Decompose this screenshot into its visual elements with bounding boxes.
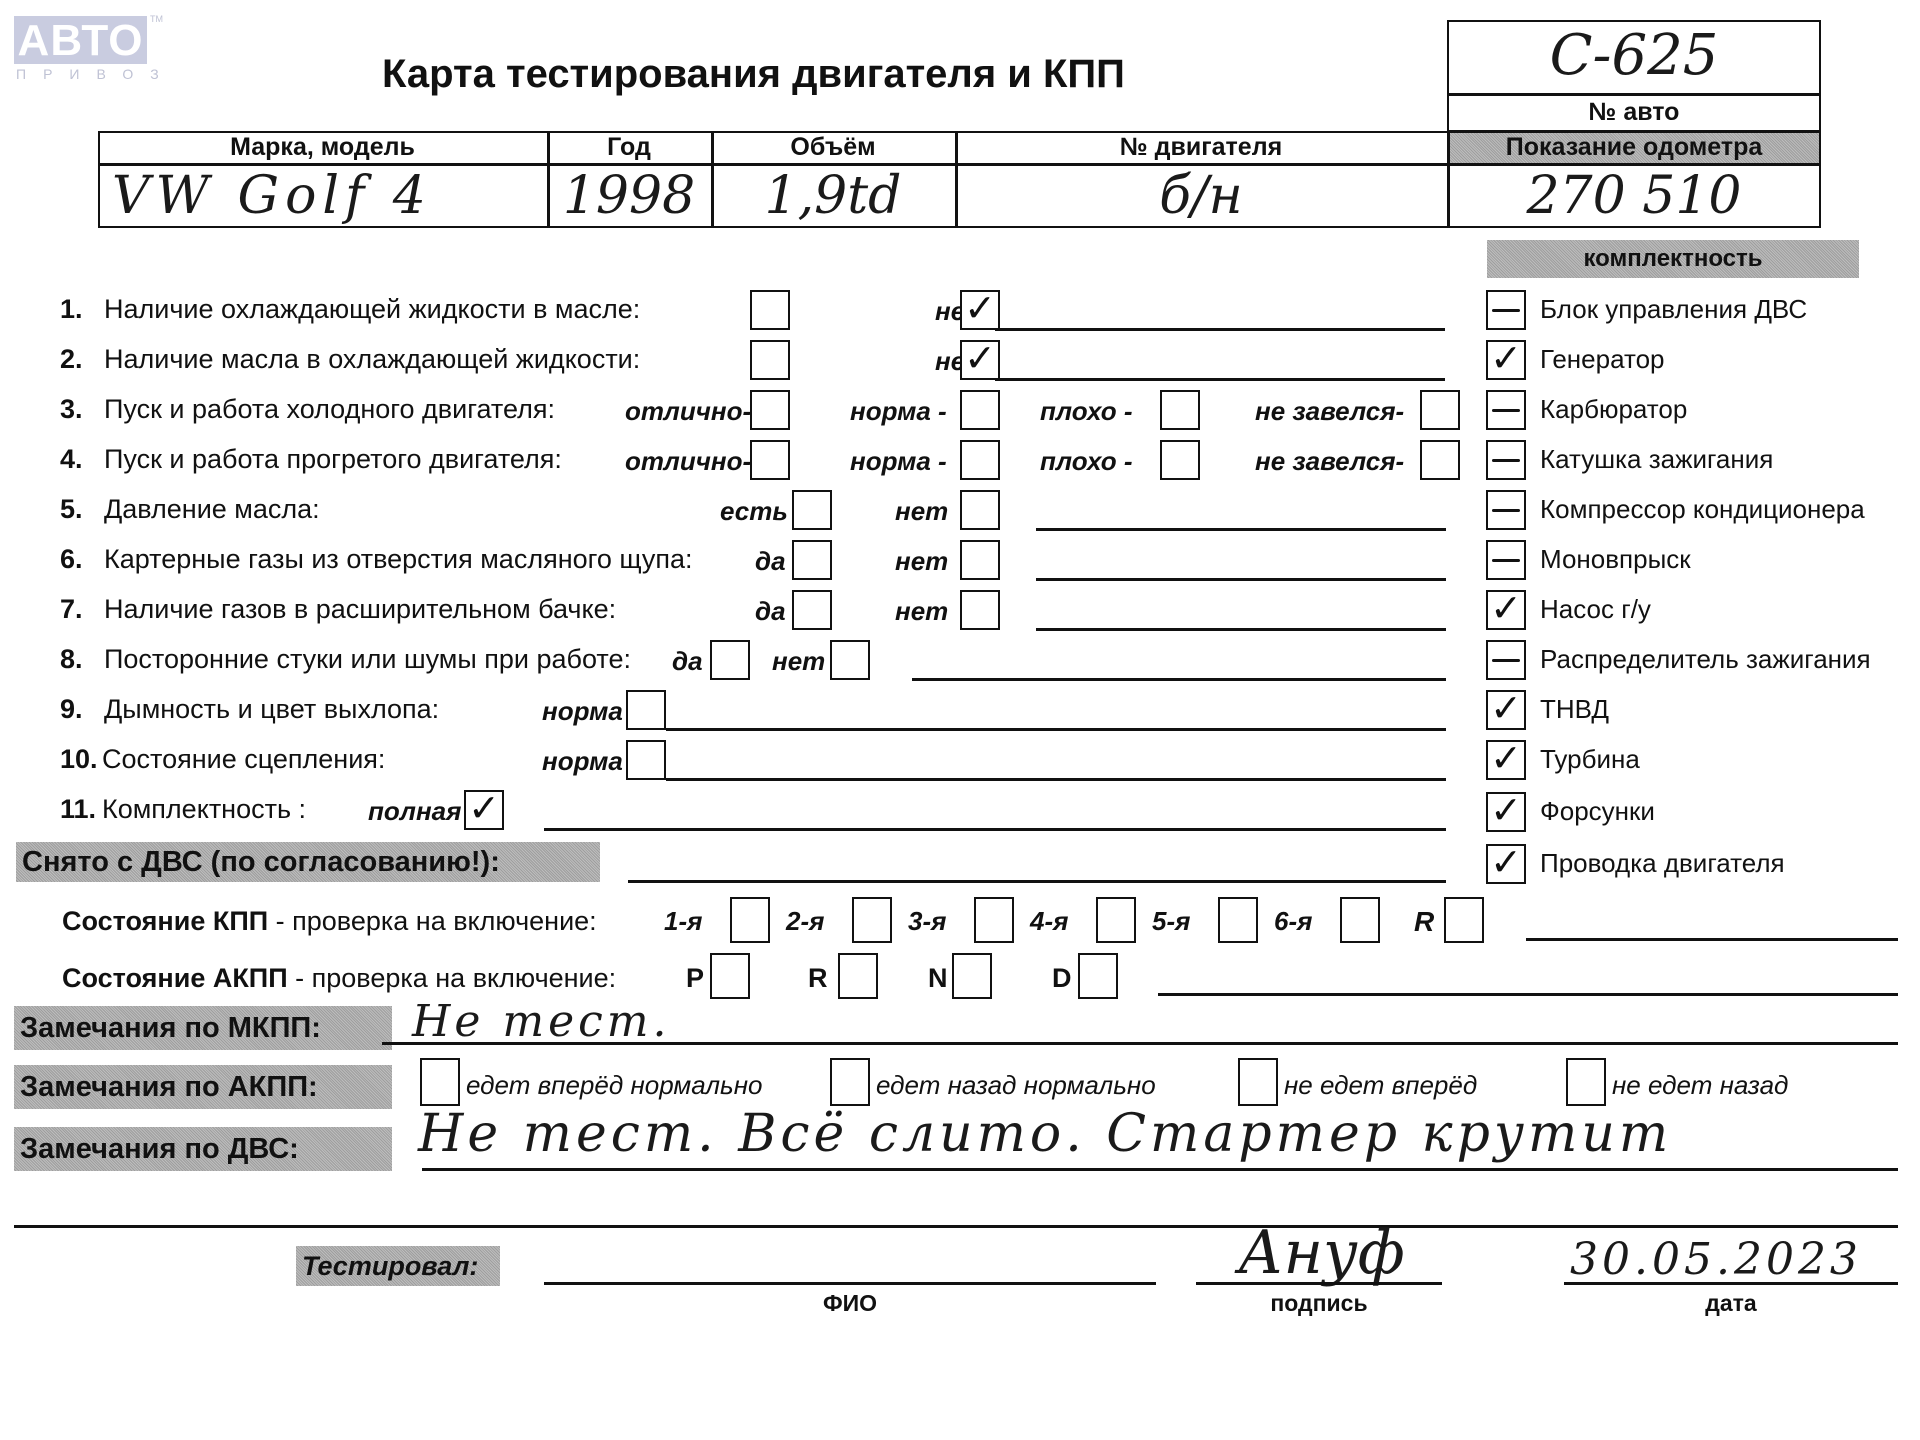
tested-by-label: Тестировал: bbox=[296, 1246, 500, 1286]
option-checkbox[interactable]: ✓ bbox=[960, 340, 1000, 380]
checklist-number: 6. bbox=[60, 544, 83, 575]
option-checkbox[interactable] bbox=[1420, 440, 1460, 480]
answer-line[interactable] bbox=[666, 728, 1446, 731]
completeness-item-label: ТНВД bbox=[1540, 694, 1609, 725]
checklist-label: Дымность и цвет выхлопа: bbox=[104, 694, 439, 725]
checklist-label: Состояние сцепления: bbox=[102, 744, 385, 775]
option-checkbox[interactable] bbox=[960, 390, 1000, 430]
model-value[interactable]: VW Golf 4 bbox=[98, 166, 547, 226]
checklist-number: 1. bbox=[60, 294, 83, 325]
year-value[interactable]: 1998 bbox=[547, 166, 711, 226]
gear-checkbox[interactable] bbox=[1340, 897, 1380, 943]
option-checkbox[interactable] bbox=[1160, 390, 1200, 430]
checklist-label: Картерные газы из отверстия масляного щу… bbox=[104, 544, 693, 575]
completeness-checkbox[interactable] bbox=[1486, 540, 1526, 580]
akpp-remarks-label: Замечания по АКПП: bbox=[14, 1065, 392, 1109]
date-field[interactable] bbox=[1564, 1282, 1898, 1285]
option-checkbox[interactable] bbox=[960, 490, 1000, 530]
option-label: да bbox=[672, 646, 703, 677]
completeness-checkbox[interactable]: ✓ bbox=[1486, 690, 1526, 730]
dash-icon bbox=[1492, 659, 1520, 662]
dash-icon bbox=[1492, 459, 1520, 462]
completeness-checkbox[interactable] bbox=[1486, 490, 1526, 530]
akpp-option-checkbox[interactable] bbox=[1566, 1058, 1606, 1106]
completeness-checkbox[interactable]: ✓ bbox=[1486, 792, 1526, 832]
option-label: норма - bbox=[850, 396, 947, 427]
option-label: норма - bbox=[850, 446, 947, 477]
manual-gearbox-label: Состояние КПП - проверка на включение: bbox=[62, 906, 597, 937]
header-model: Марка, модель bbox=[98, 133, 547, 162]
checklist-number: 10. bbox=[60, 744, 98, 775]
checklist-number: 9. bbox=[60, 694, 83, 725]
checkmark-icon: ✓ bbox=[1488, 788, 1524, 832]
checklist-number: 7. bbox=[60, 594, 83, 625]
checklist-label: Пуск и работа прогретого двигателя: bbox=[104, 444, 562, 475]
option-label: отлично- bbox=[625, 396, 751, 427]
completeness-checkbox[interactable]: ✓ bbox=[1486, 740, 1526, 780]
option-label: норма bbox=[542, 746, 623, 777]
checkmark-icon: ✓ bbox=[962, 286, 998, 330]
option-checkbox[interactable] bbox=[750, 390, 790, 430]
answer-line[interactable] bbox=[544, 828, 1446, 831]
header-year: Год bbox=[547, 133, 711, 162]
checkmark-icon: ✓ bbox=[1488, 336, 1524, 380]
option-checkbox[interactable] bbox=[626, 690, 666, 730]
checklist-number: 2. bbox=[60, 344, 83, 375]
option-checkbox[interactable]: ✓ bbox=[464, 790, 504, 830]
option-label: есть bbox=[720, 496, 788, 527]
date-value[interactable]: 30.05.2023 bbox=[1570, 1234, 1862, 1285]
option-label: нет bbox=[895, 546, 948, 577]
akpp-option-checkbox[interactable] bbox=[830, 1058, 870, 1106]
checklist-number: 5. bbox=[60, 494, 83, 525]
option-label: плохо - bbox=[1040, 396, 1133, 427]
completeness-checkbox[interactable]: ✓ bbox=[1486, 590, 1526, 630]
option-checkbox[interactable]: ✓ bbox=[960, 290, 1000, 330]
completeness-item-label: Форсунки bbox=[1540, 796, 1655, 827]
answer-line[interactable] bbox=[1036, 578, 1446, 581]
gear-label: 3-я bbox=[908, 906, 946, 937]
akpp-option-checkbox[interactable] bbox=[1238, 1058, 1278, 1106]
checkmark-icon: ✓ bbox=[1488, 840, 1524, 884]
mode-checkbox[interactable] bbox=[1078, 953, 1118, 999]
completeness-item-label: Моновпрыск bbox=[1540, 544, 1691, 575]
checklist-label: Комплектность : bbox=[102, 794, 306, 825]
completeness-checkbox[interactable] bbox=[1486, 440, 1526, 480]
gear-checkbox[interactable] bbox=[1218, 897, 1258, 943]
completeness-checkbox[interactable]: ✓ bbox=[1486, 340, 1526, 380]
logo-subtitle: ПРИВОЗ bbox=[16, 66, 176, 82]
odometer-value[interactable]: 270 510 bbox=[1447, 166, 1821, 226]
option-label: норма bbox=[542, 696, 623, 727]
option-label: плохо - bbox=[1040, 446, 1133, 477]
checklist-label: Наличие масла в охлаждающей жидкости: bbox=[104, 344, 640, 375]
akpp-option-label: не едет вперёд bbox=[1284, 1070, 1477, 1101]
completeness-item-label: Генератор bbox=[1540, 344, 1665, 375]
completeness-item-label: Турбина bbox=[1540, 744, 1640, 775]
option-checkbox[interactable] bbox=[792, 490, 832, 530]
logo-trademark: TM bbox=[150, 14, 163, 24]
gear-label: 5-я bbox=[1152, 906, 1190, 937]
removed-label: Снято с ДВС (по согласованию!): bbox=[16, 842, 600, 882]
option-checkbox[interactable] bbox=[710, 640, 750, 680]
checklist-number: 4. bbox=[60, 444, 83, 475]
mode-label: R bbox=[808, 963, 828, 994]
checklist-number: 11. bbox=[60, 794, 96, 825]
option-label: не завелся- bbox=[1255, 396, 1404, 427]
checkmark-icon: ✓ bbox=[466, 786, 502, 830]
logo: АВТО bbox=[14, 16, 147, 64]
mode-label: P bbox=[686, 963, 704, 994]
answer-line[interactable] bbox=[995, 328, 1445, 331]
mode-checkbox[interactable] bbox=[952, 953, 992, 999]
completeness-checkbox[interactable] bbox=[1486, 390, 1526, 430]
answer-line[interactable] bbox=[912, 678, 1446, 681]
signature-caption: подпись bbox=[1196, 1290, 1442, 1317]
option-checkbox[interactable] bbox=[830, 640, 870, 680]
option-checkbox[interactable] bbox=[750, 340, 790, 380]
gear-checkbox[interactable] bbox=[1096, 897, 1136, 943]
manual-gearbox-notes[interactable] bbox=[1526, 938, 1898, 941]
checklist-label: Давление масла: bbox=[104, 494, 320, 525]
checkmark-icon: ✓ bbox=[1488, 736, 1524, 780]
option-checkbox[interactable] bbox=[792, 540, 832, 580]
completeness-item-label: Насос г/у bbox=[1540, 594, 1651, 625]
gear-checkbox[interactable] bbox=[730, 897, 770, 943]
mkpp-remarks-label: Замечания по МКПП: bbox=[14, 1006, 392, 1050]
answer-line[interactable] bbox=[995, 378, 1445, 381]
akpp-option-checkbox[interactable] bbox=[420, 1058, 460, 1106]
checklist-label: Наличие охлаждающей жидкости в масле: bbox=[104, 294, 640, 325]
option-checkbox[interactable] bbox=[750, 440, 790, 480]
akpp-option-label: не едет назад bbox=[1612, 1070, 1788, 1101]
completeness-checkbox[interactable] bbox=[1486, 640, 1526, 680]
answer-line[interactable] bbox=[1036, 628, 1446, 631]
mode-label: N bbox=[928, 963, 948, 994]
option-label: нет bbox=[895, 496, 948, 527]
checklist-label: Наличие газов в расширительном бачке: bbox=[104, 594, 616, 625]
fio-field[interactable] bbox=[544, 1282, 1156, 1285]
dash-icon bbox=[1492, 409, 1520, 412]
gear-label: R bbox=[1414, 906, 1434, 938]
gear-checkbox[interactable] bbox=[1444, 897, 1484, 943]
completeness-item-label: Компрессор кондиционера bbox=[1540, 494, 1865, 525]
option-checkbox[interactable] bbox=[1420, 390, 1460, 430]
akpp-option-label: едет вперёд нормально bbox=[466, 1070, 762, 1101]
page-title: Карта тестирования двигателя и КПП bbox=[382, 52, 1125, 97]
car-number-label: № авто bbox=[1447, 98, 1821, 127]
car-number-value[interactable]: С-625 bbox=[1447, 20, 1821, 92]
option-checkbox[interactable] bbox=[626, 740, 666, 780]
completeness-item-label: Распределитель зажигания bbox=[1540, 644, 1871, 675]
option-checkbox[interactable] bbox=[750, 290, 790, 330]
checklist-label: Пуск и работа холодного двигателя: bbox=[104, 394, 555, 425]
option-label: отлично- bbox=[625, 446, 751, 477]
option-label: полная bbox=[368, 796, 461, 827]
option-label: нет bbox=[895, 596, 948, 627]
header-engine-no: № двигателя bbox=[955, 133, 1447, 162]
completeness-title: комплектность bbox=[1487, 240, 1859, 278]
header-volume: Объём bbox=[711, 133, 955, 162]
option-label: да bbox=[755, 546, 786, 577]
signature-value[interactable]: Ануф bbox=[1238, 1218, 1405, 1288]
option-checkbox[interactable] bbox=[960, 540, 1000, 580]
gear-label: 2-я bbox=[786, 906, 824, 937]
checklist-number: 8. bbox=[60, 644, 83, 675]
completeness-item-label: Карбюратор bbox=[1540, 394, 1687, 425]
gear-checkbox[interactable] bbox=[974, 897, 1014, 943]
mode-label: D bbox=[1052, 963, 1072, 994]
dash-icon bbox=[1492, 309, 1520, 312]
engine-no-value[interactable]: б/н bbox=[955, 166, 1447, 226]
option-checkbox[interactable] bbox=[792, 590, 832, 630]
option-label: не завелся- bbox=[1255, 446, 1404, 477]
gear-label: 6-я bbox=[1274, 906, 1312, 937]
checklist-label: Посторонние стуки или шумы при работе: bbox=[104, 644, 631, 675]
akpp-option-label: едет назад нормально bbox=[876, 1070, 1156, 1101]
completeness-checkbox[interactable] bbox=[1486, 290, 1526, 330]
checkmark-icon: ✓ bbox=[962, 336, 998, 380]
mode-checkbox[interactable] bbox=[710, 953, 750, 999]
option-checkbox[interactable] bbox=[960, 440, 1000, 480]
gear-checkbox[interactable] bbox=[852, 897, 892, 943]
signature-field[interactable] bbox=[1196, 1282, 1442, 1285]
option-label: да bbox=[755, 596, 786, 627]
checkmark-icon: ✓ bbox=[1488, 586, 1524, 630]
mode-checkbox[interactable] bbox=[838, 953, 878, 999]
dvs-remarks-value[interactable]: Не тест. Всё слито. Стартер крутит bbox=[418, 1104, 1672, 1164]
completeness-checkbox[interactable]: ✓ bbox=[1486, 844, 1526, 884]
volume-value[interactable]: 1,9td bbox=[711, 166, 955, 226]
dash-icon bbox=[1492, 509, 1520, 512]
gear-label: 1-я bbox=[664, 906, 702, 937]
option-label: нет bbox=[772, 646, 825, 677]
fio-caption: ФИО bbox=[544, 1290, 1156, 1317]
completeness-item-label: Блок управления ДВС bbox=[1540, 294, 1807, 325]
answer-line[interactable] bbox=[1036, 528, 1446, 531]
answer-line[interactable] bbox=[666, 778, 1446, 781]
checkmark-icon: ✓ bbox=[1488, 686, 1524, 730]
auto-gearbox-label: Состояние АКПП - проверка на включение: bbox=[62, 963, 616, 994]
gear-label: 4-я bbox=[1030, 906, 1068, 937]
removed-field[interactable] bbox=[628, 880, 1446, 883]
dash-icon bbox=[1492, 559, 1520, 562]
auto-gearbox-notes[interactable] bbox=[1158, 993, 1898, 996]
dvs-remarks-label: Замечания по ДВС: bbox=[14, 1127, 392, 1171]
option-checkbox[interactable] bbox=[1160, 440, 1200, 480]
date-caption: дата bbox=[1564, 1290, 1898, 1317]
completeness-item-label: Проводка двигателя bbox=[1540, 848, 1785, 879]
completeness-item-label: Катушка зажигания bbox=[1540, 444, 1773, 475]
mkpp-remarks-value[interactable]: Не тест. bbox=[412, 996, 671, 1047]
checklist-number: 3. bbox=[60, 394, 83, 425]
option-checkbox[interactable] bbox=[960, 590, 1000, 630]
